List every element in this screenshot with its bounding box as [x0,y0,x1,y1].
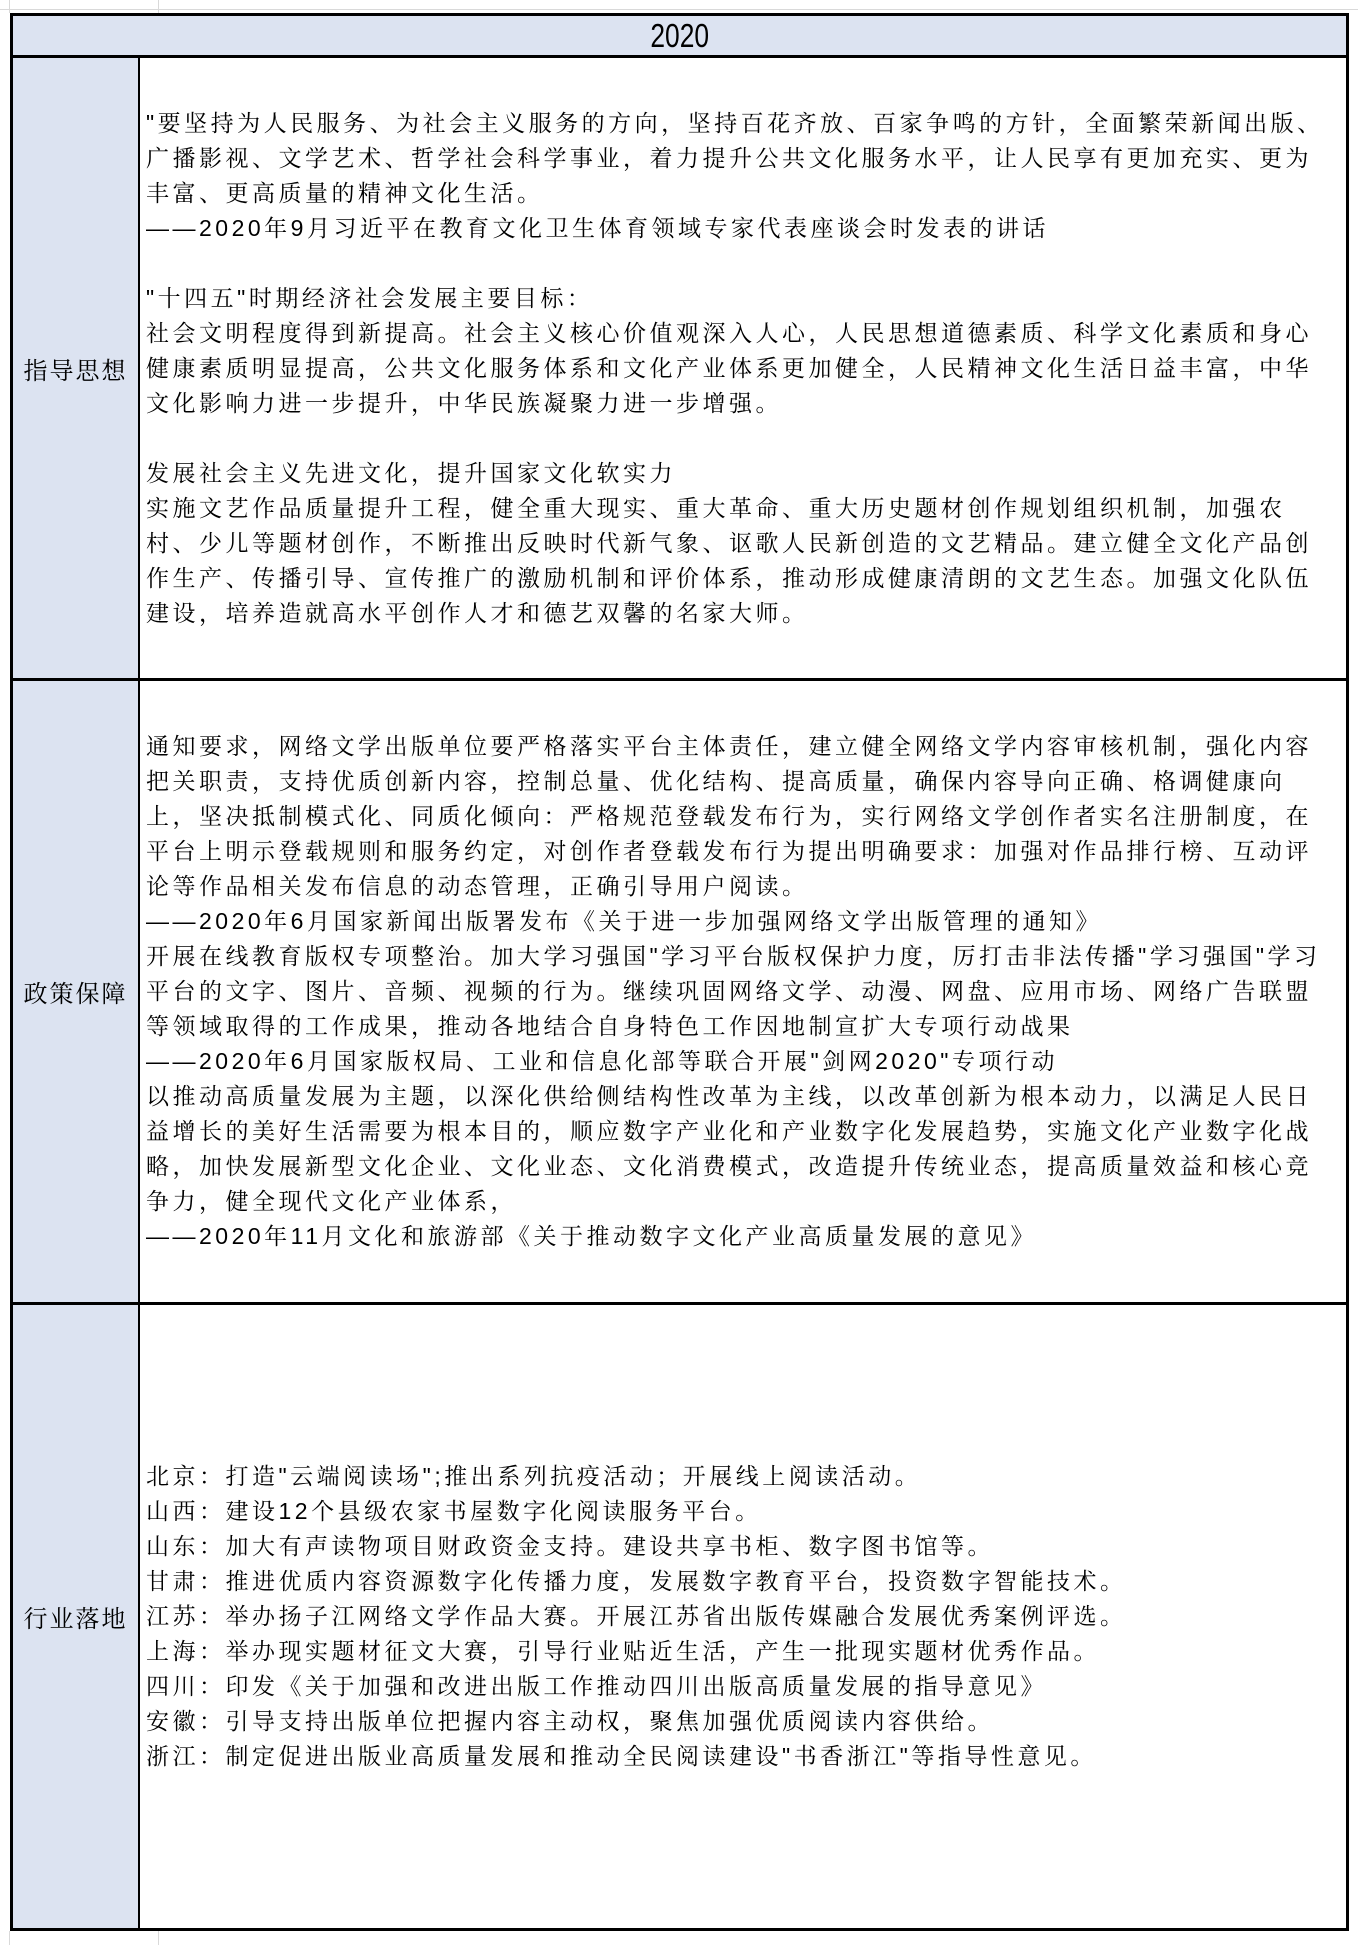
table-header-row: 2020 [13,16,1346,58]
row-label-cell-guiding-ideology: 指导思想 [13,58,140,678]
sheet-gridline-vertical [158,1931,159,1945]
table-row-industry-implementation: 行业落地 北京：打造"云端阅读场";推出系列抗疫活动；开展线上阅读活动。 山西：… [13,1305,1346,1928]
year-2020-table: 2020 指导思想 "要坚持为人民服务、为社会主义服务的方向，坚持百花齐放、百家… [10,13,1349,1931]
row-label-cell-industry-implementation: 行业落地 [13,1305,140,1928]
row-content-text: 通知要求，网络文学出版单位要严格落实平台主体责任，建立健全网络文学内容审核机制，… [146,729,1338,1254]
table-row-guiding-ideology: 指导思想 "要坚持为人民服务、为社会主义服务的方向，坚持百花齐放、百家争鸣的方针… [13,58,1346,681]
sheet-gridline-horizontal [0,9,1358,10]
row-content-text: 北京：打造"云端阅读场";推出系列抗疫活动；开展线上阅读活动。 山西：建设12个… [146,1459,1338,1774]
row-label: 政策保障 [24,974,128,1009]
row-content-cell-industry-implementation: 北京：打造"云端阅读场";推出系列抗疫活动；开展线上阅读活动。 山西：建设12个… [140,1305,1346,1928]
row-label: 指导思想 [24,351,128,386]
row-label: 行业落地 [24,1599,128,1634]
year-header: 2020 [650,19,709,52]
row-content-cell-policy-support: 通知要求，网络文学出版单位要严格落实平台主体责任，建立健全网络文学内容审核机制，… [140,681,1346,1302]
sheet-gridline-vertical [158,0,159,13]
sheet-gridline-vertical [9,0,10,13]
row-content-text: "要坚持为人民服务、为社会主义服务的方向，坚持百花齐放、百家争鸣的方针，全面繁荣… [146,106,1338,631]
sheet-gridline-vertical [9,1931,10,1945]
row-content-cell-guiding-ideology: "要坚持为人民服务、为社会主义服务的方向，坚持百花齐放、百家争鸣的方针，全面繁荣… [140,58,1346,678]
table-row-policy-support: 政策保障 通知要求，网络文学出版单位要严格落实平台主体责任，建立健全网络文学内容… [13,681,1346,1305]
row-label-cell-policy-support: 政策保障 [13,681,140,1302]
